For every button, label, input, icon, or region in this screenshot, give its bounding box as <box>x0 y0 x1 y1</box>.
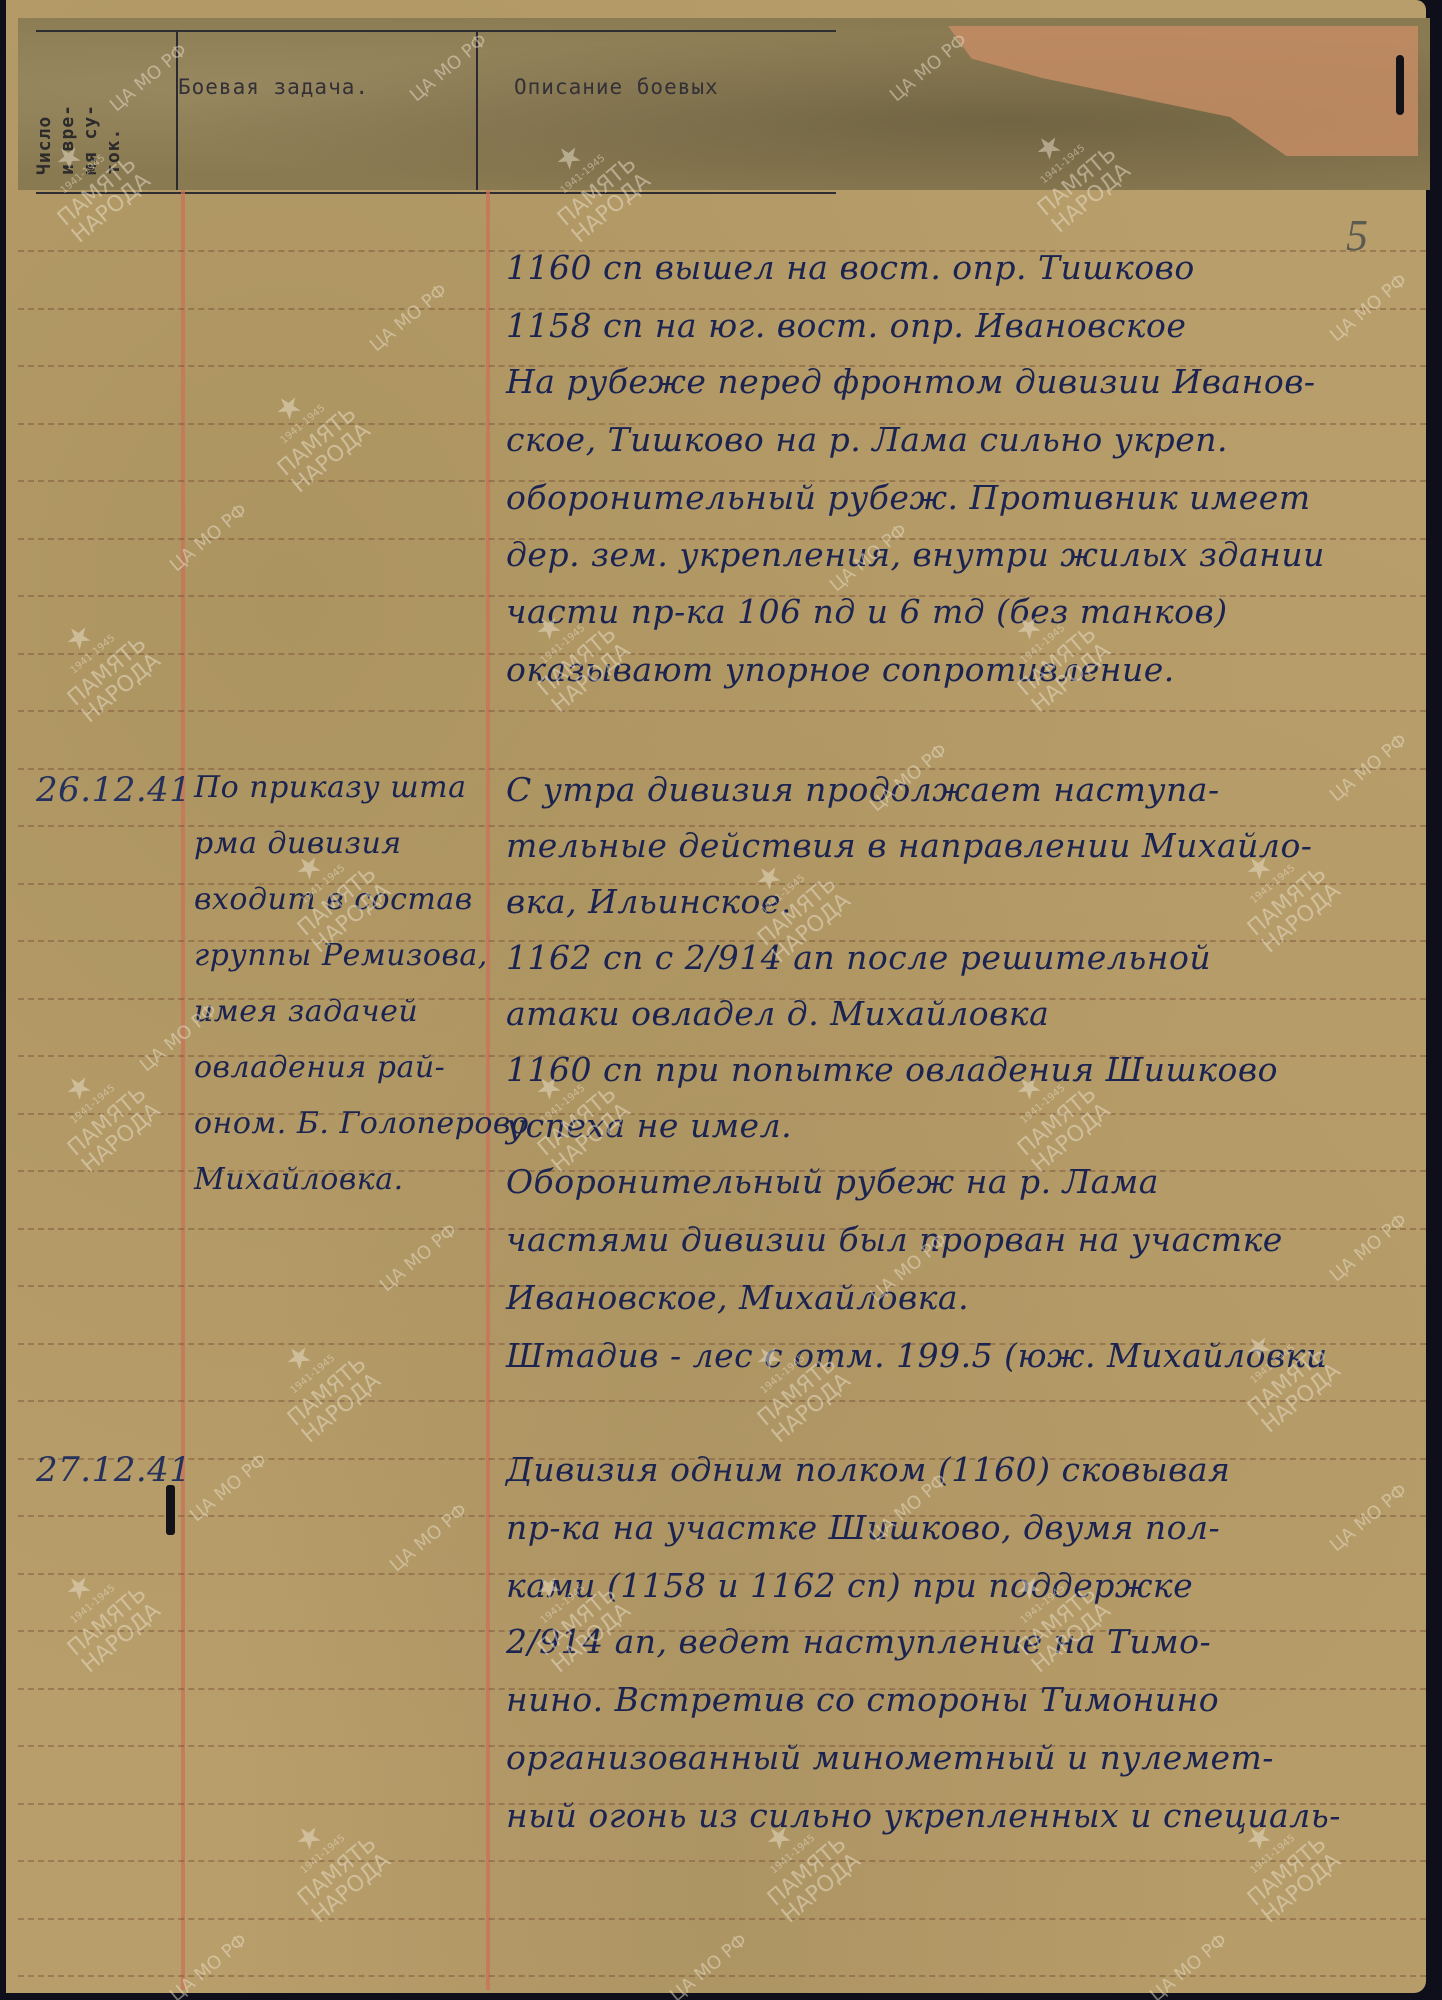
description-line: нино. Встретив со стороны Тимонино <box>506 1680 1219 1719</box>
archive-watermark: ЦА МО РФ <box>1146 1930 1231 2000</box>
archive-watermark: ЦА МО РФ <box>1326 1210 1411 1286</box>
description-line: Штадив - лес с отм. 199.5 (юж. Михайловк… <box>506 1336 1328 1375</box>
description-line: части пр-ка 106 пд и 6 тд (без танков) <box>506 592 1228 631</box>
description-line: Оборонительный рубеж на р. Лама <box>506 1162 1159 1201</box>
page-number: 5 <box>1346 210 1368 261</box>
description-line: 1158 сп на юг. вост. опр. Ивановское <box>506 306 1186 345</box>
description-line: ками (1158 и 1162 сп) при поддержке <box>506 1566 1193 1605</box>
memory-of-people-watermark: ★1941-1945ПАМЯТЬНАРОДА <box>36 599 165 727</box>
header-combat-task-label: Боевая задача. <box>178 75 369 99</box>
ink-mark <box>1396 55 1404 115</box>
archive-watermark: ЦА МО РФ <box>666 1930 751 2000</box>
description-line: оказывают упорное сопротивление. <box>506 650 1175 689</box>
column-divider-date <box>181 190 185 1990</box>
description-line: 1160 сп вышел на вост. опр. Тишково <box>506 248 1195 287</box>
description-line: ское, Тишково на р. Лама сильно укреп. <box>506 420 1228 459</box>
task-line: имея задачей <box>194 994 418 1029</box>
description-line: Дивизия одним полком (1160) сковывая <box>506 1450 1230 1489</box>
description-line: 1162 сп с 2/914 ап после решительной <box>506 938 1211 977</box>
task-line: Михайловка. <box>194 1162 404 1197</box>
entry-date: 26.12.41 <box>36 770 191 810</box>
memory-of-people-watermark: ★1941-1945ПАМЯТЬНАРОДА <box>36 1549 165 1677</box>
star-icon: ★ <box>36 1049 122 1127</box>
description-line: пр-ка на участке Шишково, двумя пол- <box>506 1508 1220 1547</box>
header-label-line: Число <box>34 40 55 175</box>
task-line: овладения рай- <box>194 1050 445 1085</box>
document-page: Число и вре- мя су- ток. Боевая задача. … <box>6 0 1426 1993</box>
header-divider <box>476 30 478 190</box>
column-divider-task <box>486 190 490 1990</box>
task-line: рма дивизия <box>194 826 402 861</box>
task-line: группы Ремизова, <box>194 938 488 973</box>
description-line: оборонительный рубеж. Противник имеет <box>506 478 1311 517</box>
task-line: По приказу шта <box>194 770 466 805</box>
star-icon: ★ <box>266 1799 352 1877</box>
star-icon: ★ <box>36 1549 122 1627</box>
description-line: успеха не имел. <box>506 1106 792 1145</box>
ruled-line <box>18 1975 1426 1977</box>
entry-date: 27.12.41 <box>36 1450 191 1490</box>
memory-of-people-watermark: ★1941-1945ПАМЯТЬНАРОДА <box>246 369 375 497</box>
archive-watermark: ЦА МО РФ <box>366 280 451 356</box>
ruled-line <box>18 1918 1426 1920</box>
description-line: частями дивизии был прорван на участке <box>506 1220 1283 1259</box>
ink-mark <box>166 1485 175 1535</box>
header-table <box>36 30 836 194</box>
description-line: вка, Ильинское. <box>506 882 792 921</box>
header-label-line: ток. <box>103 40 124 175</box>
header-divider <box>176 30 178 190</box>
task-line: входит в состав <box>194 882 473 917</box>
description-line: На рубеже перед фронтом дивизии Иванов- <box>506 362 1316 401</box>
description-line: 1160 сп при попытке овладения Шишково <box>506 1050 1278 1089</box>
ruled-line <box>18 1400 1426 1402</box>
description-line: 2/914 ап, ведет наступление на Тимо- <box>506 1622 1211 1661</box>
header-description-label: Описание боевых <box>514 75 719 99</box>
task-line: оном. Б. Голоперово <box>194 1106 529 1141</box>
memory-of-people-watermark: ★1941-1945ПАМЯТЬНАРОДА <box>266 1799 395 1927</box>
description-line: Ивановское, Михайловка. <box>506 1278 969 1317</box>
archive-watermark: ЦА МО РФ <box>166 1930 251 2000</box>
star-icon: ★ <box>36 599 122 677</box>
ruled-line <box>18 710 1426 712</box>
archive-watermark: ЦА МО РФ <box>1326 1480 1411 1556</box>
star-icon: ★ <box>256 1319 342 1397</box>
star-icon: ★ <box>246 369 332 447</box>
description-line: тельные действия в направлении Михайло- <box>506 826 1312 865</box>
description-line: атаки овладел д. Михайловка <box>506 994 1049 1033</box>
description-line: организованный минометный и пулемет- <box>506 1738 1274 1777</box>
description-line: дер. зем. укрепления, внутри жилых здани… <box>506 535 1325 574</box>
header-label-line: и вре- <box>57 40 78 175</box>
ruled-line <box>18 1860 1426 1862</box>
memory-of-people-watermark: ★1941-1945ПАМЯТЬНАРОДА <box>256 1319 385 1447</box>
header-date-time-label: Число и вре- мя су- ток. <box>34 40 144 175</box>
header-label-line: мя су- <box>80 40 101 175</box>
description-line: ный огонь из сильно укрепленных и специа… <box>506 1796 1341 1835</box>
torn-paper-area <box>948 26 1418 156</box>
description-line: С утра дивизия продолжает наступа- <box>506 770 1220 809</box>
archive-watermark: ЦА МО РФ <box>386 1500 471 1576</box>
